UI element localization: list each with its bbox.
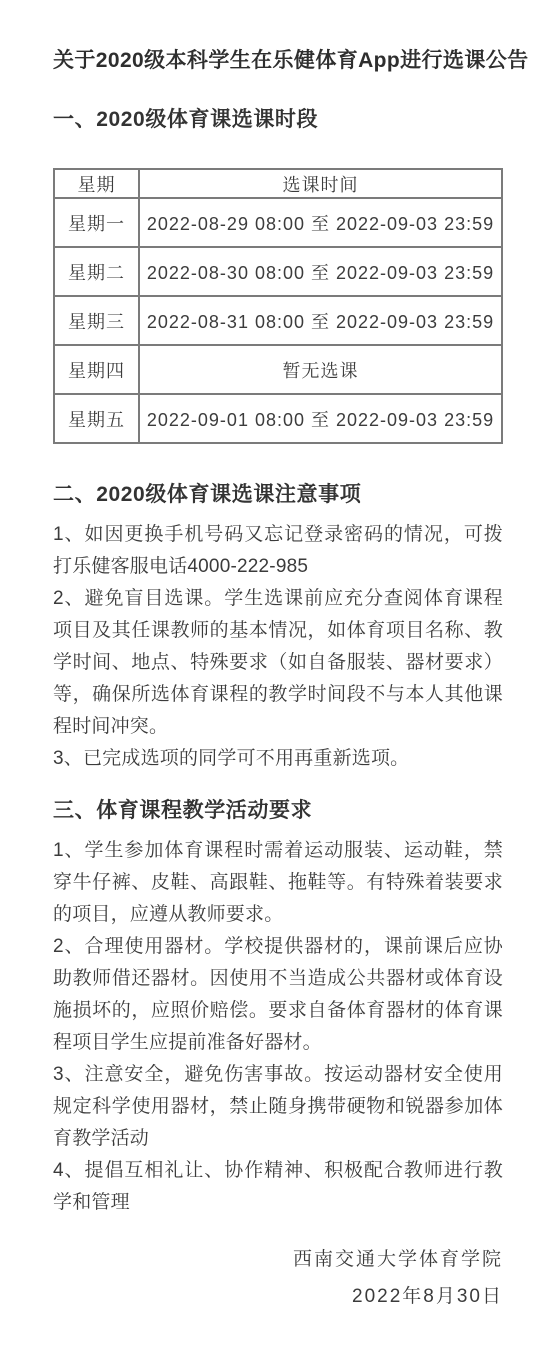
time-cell: 2022-08-29 08:00 至 2022-09-03 23:59	[139, 198, 502, 247]
day-cell: 星期三	[54, 296, 139, 345]
requirement-item: 1、学生参加体育课程时需着运动服装、运动鞋，禁穿牛仔裤、皮鞋、高跟鞋、拖鞋等。有…	[53, 835, 503, 931]
table-header-row: 星期 选课时间	[54, 169, 502, 198]
footer: 西南交通大学体育学院 2022年8月30日	[53, 1241, 503, 1315]
table-row: 星期三 2022-08-31 08:00 至 2022-09-03 23:59	[54, 296, 502, 345]
table-header-time: 选课时间	[139, 169, 502, 198]
announcement-page: 关于2020级本科学生在乐健体育App进行选课公告 一、2020级体育课选课时段…	[0, 0, 556, 1370]
table-row: 星期二 2022-08-30 08:00 至 2022-09-03 23:59	[54, 247, 502, 296]
course-selection-schedule-table: 星期 选课时间 星期一 2022-08-29 08:00 至 2022-09-0…	[53, 168, 503, 444]
day-cell: 星期四	[54, 345, 139, 394]
section-2-body: 1、如因更换手机号码又忘记登录密码的情况，可拨打乐健客服电话4000-222-9…	[53, 519, 503, 775]
time-cell: 暂无选课	[139, 345, 502, 394]
notice-item: 1、如因更换手机号码又忘记登录密码的情况，可拨打乐健客服电话4000-222-9…	[53, 519, 503, 583]
announcement-title: 关于2020级本科学生在乐健体育App进行选课公告	[53, 46, 503, 76]
time-cell: 2022-08-30 08:00 至 2022-09-03 23:59	[139, 247, 502, 296]
day-cell: 星期二	[54, 247, 139, 296]
day-cell: 星期一	[54, 198, 139, 247]
requirement-item: 3、注意安全，避免伤害事故。按运动器材安全使用规定科学使用器材，禁止随身携带硬物…	[53, 1059, 503, 1155]
section-3-body: 1、学生参加体育课程时需着运动服装、运动鞋，禁穿牛仔裤、皮鞋、高跟鞋、拖鞋等。有…	[53, 835, 503, 1219]
announcement-date: 2022年8月30日	[53, 1278, 503, 1315]
section-3-heading: 三、体育课程教学活动要求	[53, 796, 503, 826]
requirement-item: 2、合理使用器材。学校提供器材的，课前课后应协助教师借还器材。因使用不当造成公共…	[53, 931, 503, 1059]
table-row: 星期四 暂无选课	[54, 345, 502, 394]
table-row: 星期一 2022-08-29 08:00 至 2022-09-03 23:59	[54, 198, 502, 247]
time-cell: 2022-09-01 08:00 至 2022-09-03 23:59	[139, 394, 502, 443]
notice-item: 3、已完成选项的同学可不用再重新选项。	[53, 743, 503, 775]
signature: 西南交通大学体育学院	[53, 1241, 503, 1278]
section-2-heading: 二、2020级体育课选课注意事项	[53, 480, 503, 510]
section-1-heading: 一、2020级体育课选课时段	[53, 105, 503, 135]
table-row: 星期五 2022-09-01 08:00 至 2022-09-03 23:59	[54, 394, 502, 443]
time-cell: 2022-08-31 08:00 至 2022-09-03 23:59	[139, 296, 502, 345]
table-header-day: 星期	[54, 169, 139, 198]
requirement-item: 4、提倡互相礼让、协作精神、积极配合教师进行教学和管理	[53, 1155, 503, 1219]
notice-item: 2、避免盲目选课。学生选课前应充分查阅体育课程项目及其任课教师的基本情况，如体育…	[53, 583, 503, 743]
day-cell: 星期五	[54, 394, 139, 443]
